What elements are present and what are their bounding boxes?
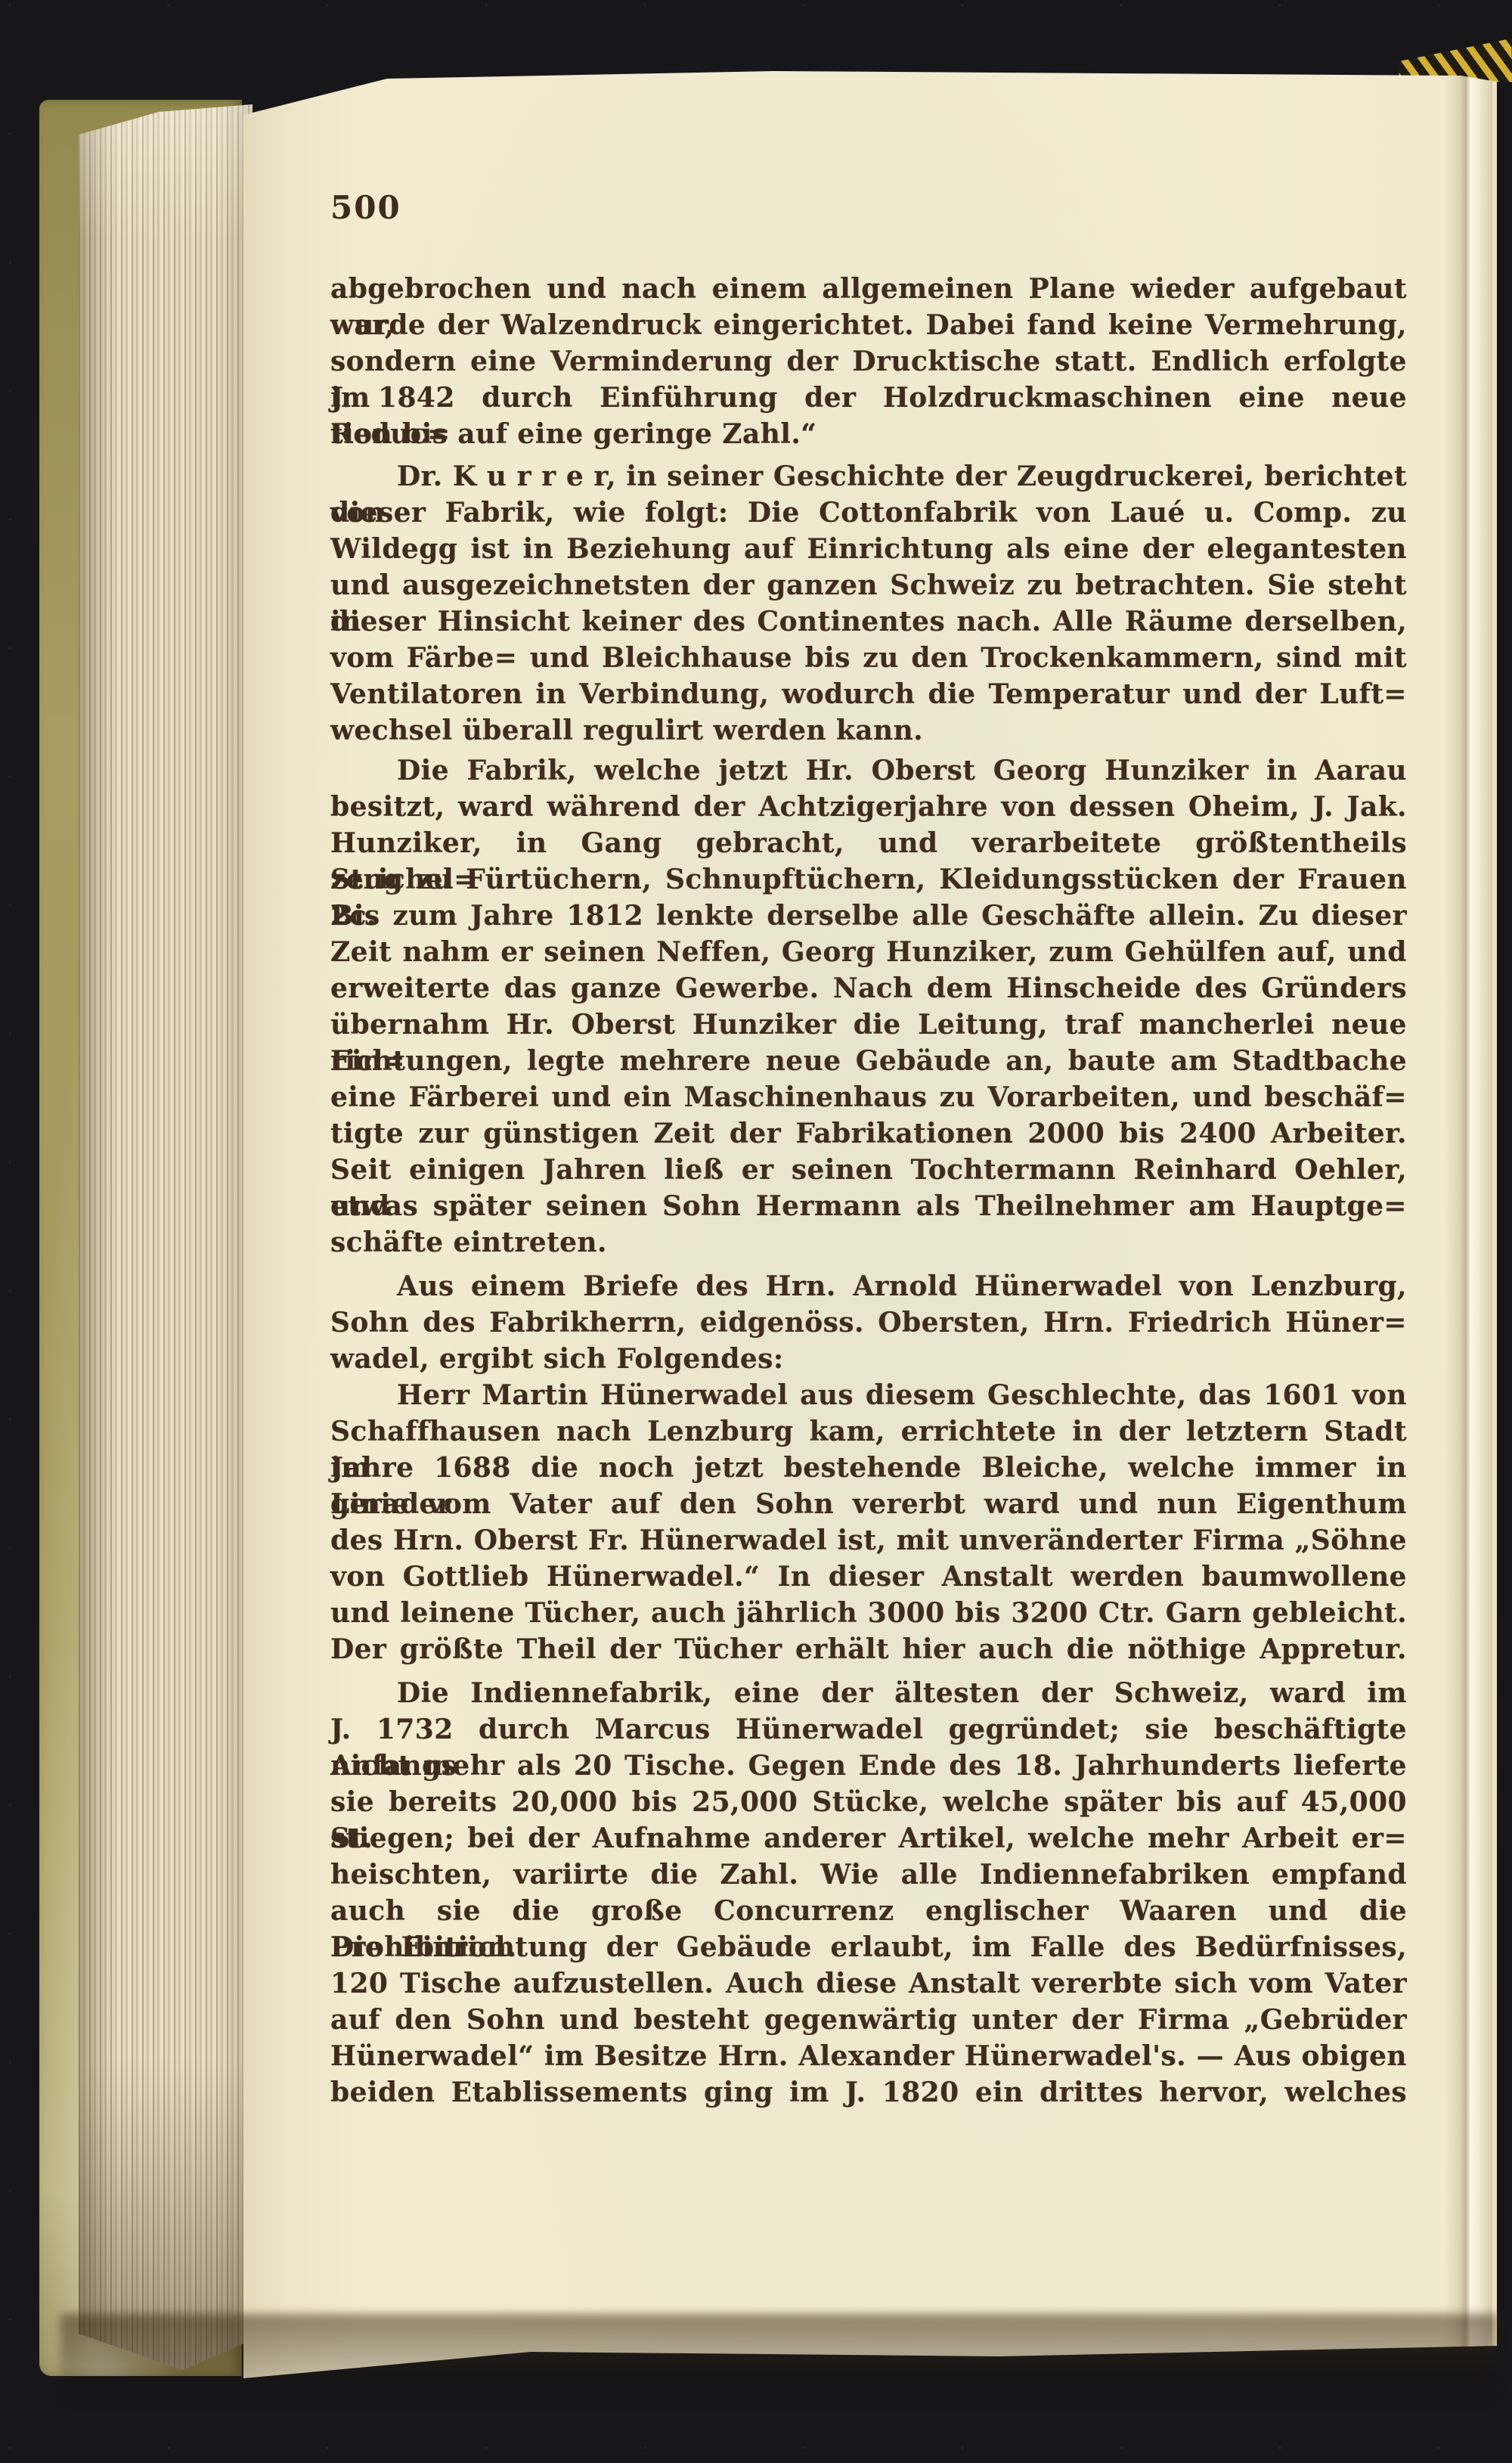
text-line: etwas später seinen Sohn Hermann als The… [330,1188,1407,1224]
text-line: von Gottlieb Hünerwadel.“ In dieser Anst… [330,1559,1407,1595]
text-line: schäfte eintreten. [330,1224,1407,1261]
text-line: übernahm Hr. Oberst Hunziker die Leitung… [330,1007,1407,1043]
paragraph: Aus einem Briefe des Hrn. Arnold Hünerwa… [330,1268,1407,1377]
text-line: J. 1842 durch Einführung der Holzdruckma… [330,380,1407,416]
text-line: zeug zu Fürtüchern, Schnupftüchern, Klei… [330,861,1407,898]
text-line: Herr Martin Hünerwadel aus diesem Geschl… [330,1377,1407,1413]
paragraph: Die Indiennefabrik, eine der ältesten de… [330,1675,1407,2111]
paragraph: Die Fabrik, welche jetzt Hr. Oberst Geor… [330,752,1407,1261]
text-line: Ventilatoren in Verbindung, wodurch die … [330,676,1407,712]
paragraph: abgebrochen und nach einem allgemeinen P… [330,271,1407,452]
text-line: Aus einem Briefe des Hrn. Arnold Hünerwa… [330,1268,1407,1304]
text-line: wechsel überall regulirt werden kann. [330,712,1407,749]
text-line: Hünerwadel“ im Besitze Hrn. Alexander Hü… [330,2038,1407,2074]
text-line: tion bis auf eine geringe Zahl.“ [330,416,1407,452]
text-line: eine Färberei und ein Maschinenhaus zu V… [330,1079,1407,1115]
text-line: Dr. K u r r e r, in seiner Geschichte de… [330,458,1407,495]
text-line: Wildegg ist in Beziehung auf Einrichtung… [330,531,1407,567]
text-line: auf den Sohn und besteht gegenwärtig unt… [330,2002,1407,2038]
text-line: heischten, variirte die Zahl. Wie alle I… [330,1857,1407,1893]
text-line: auch sie die große Concurrenz englischer… [330,1893,1407,1929]
text-line: und leinene Tücher, auch jährlich 3000 b… [330,1595,1407,1631]
text-line: Schaffhausen nach Lenzburg kam, errichte… [330,1413,1407,1450]
text-line: Seit einigen Jahren ließ er seinen Tocht… [330,1152,1407,1188]
text-line: sondern eine Verminderung der Drucktisch… [330,343,1407,380]
page-stack-fore-edge [79,104,253,2378]
text-line: nicht mehr als 20 Tische. Gegen Ende des… [330,1748,1407,1784]
text-line: sie bereits 20,000 bis 25,000 Stücke, we… [330,1784,1407,1820]
text-line: Sohn des Fabrikherrn, eidgenöss. Oberste… [330,1304,1407,1341]
text-line: Zeit nahm er seinen Neffen, Georg Hunzik… [330,934,1407,970]
text-line: dieser Fabrik, wie folgt: Die Cottonfabr… [330,495,1407,531]
page-number: 500 [330,189,401,226]
text-line: des Hrn. Oberst Fr. Hünerwadel ist, mit … [330,1522,1407,1559]
book-bottom-shadow [60,2314,1497,2405]
text-line: Jahre 1688 die noch jetzt bestehende Ble… [330,1450,1407,1486]
text-line: Bis zum Jahre 1812 lenkte derselbe alle … [330,898,1407,934]
text-line: und ausgezeichnetsten der ganzen Schweiz… [330,567,1407,603]
text-line: stiegen; bei der Aufnahme anderer Artike… [330,1820,1407,1857]
text-line: richtungen, legte mehrere neue Gebäude a… [330,1043,1407,1079]
text-line: Die Einrichtung der Gebäude erlaubt, im … [330,1929,1407,1965]
book-page: 500 abgebrochen und nach einem allgemein… [243,68,1497,2378]
text-line: vom Färbe= und Bleichhause bis zu den Tr… [330,640,1407,676]
text-line: 120 Tische aufzustellen. Auch diese Anst… [330,1965,1407,2002]
text-line: besitzt, ward während der Achtzigerjahre… [330,789,1407,825]
text-line: tigte zur günstigen Zeit der Fabrikation… [330,1115,1407,1152]
text-line: erweiterte das ganze Gewerbe. Nach dem H… [330,970,1407,1007]
paragraph: Herr Martin Hünerwadel aus diesem Geschl… [330,1377,1407,1667]
text-line: Die Fabrik, welche jetzt Hr. Oberst Geor… [330,752,1407,789]
text-line: Hunziker, in Gang gebracht, und verarbei… [330,825,1407,861]
paragraph: Dr. K u r r e r, in seiner Geschichte de… [330,458,1407,749]
photo-background: 500 abgebrochen und nach einem allgemein… [0,0,1512,2463]
text-line: dieser Hinsicht keiner des Continentes n… [330,603,1407,640]
text-line: wurde der Walzendruck eingerichtet. Dabe… [330,307,1407,343]
text-line: Die Indiennefabrik, eine der ältesten de… [330,1675,1407,1711]
text-line: abgebrochen und nach einem allgemeinen P… [330,271,1407,307]
page-gutter-crease [1444,68,1492,2378]
text-block: abgebrochen und nach einem allgemeinen P… [330,271,1407,2111]
page-corner-fold [239,67,394,105]
text-line: beiden Etablissements ging im J. 1820 ei… [330,2074,1407,2111]
text-line: J. 1732 durch Marcus Hünerwadel gegründe… [330,1711,1407,1748]
text-line: wadel, ergibt sich Folgendes: [330,1341,1407,1377]
text-line: Linie vom Vater auf den Sohn vererbt war… [330,1486,1407,1522]
text-line: Der größte Theil der Tücher erhält hier … [330,1631,1407,1667]
